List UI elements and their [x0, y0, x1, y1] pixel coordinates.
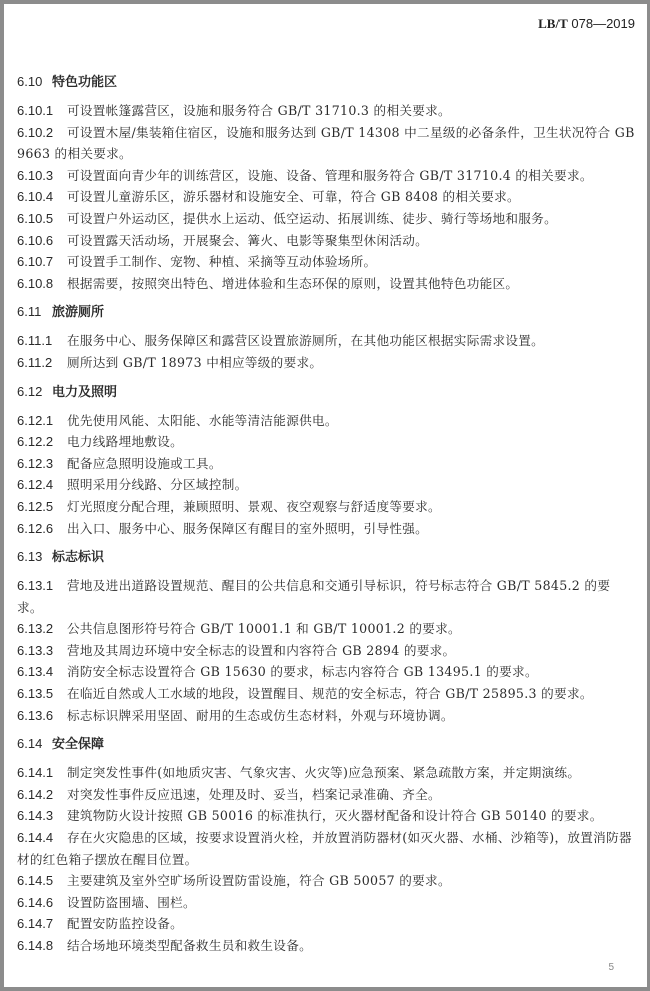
clause-text: 消防安全标志设置符合 GB 15630 的要求，标志内容符合 GB 13495.… [67, 664, 538, 679]
section-heading: 6.10特色功能区 [17, 71, 635, 94]
document-body: 6.10特色功能区 6.10.1可设置帐篷露营区，设施和服务符合 GB/T 31… [17, 65, 635, 957]
clause: 6.10.4可设置儿童游乐区，游乐器材和设施安全、可靠，符合 GB 8408 的… [17, 186, 635, 208]
section-title: 电力及照明 [52, 385, 117, 400]
clause: 6.14.2对突发性事件反应迅速，处理及时、妥当，档案记录准确、齐全。 [17, 784, 635, 806]
section-heading: 6.12电力及照明 [17, 381, 635, 404]
clause-number: 6.14.6 [17, 892, 67, 914]
clause-text: 可设置面向青少年的训练营区，设施、设备、管理和服务符合 GB/T 31710.4… [67, 168, 593, 183]
clause-number: 6.12.5 [17, 496, 67, 518]
clause-number: 6.14.8 [17, 935, 67, 957]
clause-number: 6.10.6 [17, 230, 67, 252]
section-number: 6.14 [17, 733, 52, 755]
clause-text: 照明采用分线路、分区域控制。 [67, 477, 248, 492]
section-heading: 6.14安全保障 [17, 733, 635, 756]
clause-number: 6.12.6 [17, 518, 67, 540]
clause-number: 6.12.2 [17, 431, 67, 453]
clause: 6.10.7可设置手工制作、宠物、种植、采摘等互动体验场所。 [17, 251, 635, 273]
clause: 6.14.4存在火灾隐患的区域，按要求设置消火栓，并放置消防器材(如灭火器、水桶… [17, 827, 635, 870]
clause-text: 营地及其周边环境中安全标志的设置和内容符合 GB 2894 的要求。 [67, 643, 455, 658]
clause-text: 根据需要，按照突出特色、增进体验和生态环保的原则，设置其他特色功能区。 [67, 276, 518, 291]
clause-number: 6.10.8 [17, 273, 67, 295]
standard-code-prefix: LB/T [538, 16, 568, 31]
clause-number: 6.14.7 [17, 913, 67, 935]
section-6-12: 6.12电力及照明 6.12.1优先使用风能、太阳能、水能等清洁能源供电。 6.… [17, 381, 635, 540]
clause-text: 制定突发性事件(如地质灾害、气象灾害、火灾等)应急预案、紧急疏散方案，并定期演练… [67, 765, 580, 780]
section-heading: 6.13标志标识 [17, 546, 635, 569]
clause-text: 配置安防监控设备。 [67, 916, 183, 931]
clause-text: 可设置帐篷露营区，设施和服务符合 GB/T 31710.3 的相关要求。 [67, 103, 451, 118]
clause-text: 出入口、服务中心、服务保障区有醒目的室外照明，引导性强。 [67, 521, 428, 536]
clause-text: 可设置木屋/集装箱住宿区，设施和服务达到 GB/T 14308 中二星级的必备条… [17, 125, 635, 162]
section-title: 特色功能区 [52, 75, 117, 90]
clause: 6.10.1可设置帐篷露营区，设施和服务符合 GB/T 31710.3 的相关要… [17, 100, 635, 122]
clause: 6.14.7配置安防监控设备。 [17, 913, 635, 935]
clause-text: 结合场地环境类型配备救生员和救生设备。 [67, 938, 312, 953]
clause-number: 6.10.7 [17, 251, 67, 273]
clause: 6.13.5在临近自然或人工水域的地段，设置醒目、规范的安全标志，符合 GB/T… [17, 683, 635, 705]
section-heading: 6.11旅游厕所 [17, 301, 635, 324]
clause-text: 建筑物防火设计按照 GB 50016 的标准执行，灭火器材配备和设计符合 GB … [67, 808, 603, 823]
clause: 6.10.5可设置户外运动区，提供水上运动、低空运动、拓展训练、徒步、骑行等场地… [17, 208, 635, 230]
clause-text: 电力线路埋地敷设。 [67, 434, 183, 449]
section-number: 6.12 [17, 381, 52, 403]
clause-text: 可设置儿童游乐区，游乐器材和设施安全、可靠，符合 GB 8408 的相关要求。 [67, 189, 520, 204]
section-number: 6.13 [17, 546, 52, 568]
clause-number: 6.11.2 [17, 352, 67, 374]
clause: 6.14.1制定突发性事件(如地质灾害、气象灾害、火灾等)应急预案、紧急疏散方案… [17, 762, 635, 784]
clause-text: 在服务中心、服务保障区和露营区设置旅游厕所，在其他功能区根据实际需求设置。 [67, 333, 544, 348]
clause-number: 6.14.2 [17, 784, 67, 806]
clause-text: 厕所达到 GB/T 18973 中相应等级的要求。 [67, 355, 322, 370]
section-6-14: 6.14安全保障 6.14.1制定突发性事件(如地质灾害、气象灾害、火灾等)应急… [17, 733, 635, 956]
clause-number: 6.14.5 [17, 870, 67, 892]
clause-number: 6.14.3 [17, 805, 67, 827]
clause-text: 在临近自然或人工水域的地段，设置醒目、规范的安全标志，符合 GB/T 25895… [67, 686, 593, 701]
clause-text: 可设置露天活动场，开展聚会、篝火、电影等聚集型休闲活动。 [67, 233, 428, 248]
clause-number: 6.14.1 [17, 762, 67, 784]
clause: 6.13.2公共信息图形符号符合 GB/T 10001.1 和 GB/T 100… [17, 618, 635, 640]
page-number: 5 [608, 962, 614, 973]
clause-text: 设置防盗围墙、围栏。 [67, 895, 196, 910]
clause-text: 存在火灾隐患的区域，按要求设置消火栓，并放置消防器材(如灭火器、水桶、沙箱等)，… [17, 830, 632, 867]
clause-number: 6.13.3 [17, 640, 67, 662]
clause-text: 可设置手工制作、宠物、种植、采摘等互动体验场所。 [67, 254, 376, 269]
clause-number: 6.13.6 [17, 705, 67, 727]
clause-text: 配备应急照明设施或工具。 [67, 456, 222, 471]
clause-text: 优先使用风能、太阳能、水能等清洁能源供电。 [67, 413, 338, 428]
clause-number: 6.10.5 [17, 208, 67, 230]
clause: 6.10.6可设置露天活动场，开展聚会、篝火、电影等聚集型休闲活动。 [17, 230, 635, 252]
clause: 6.14.6设置防盗围墙、围栏。 [17, 892, 635, 914]
clause: 6.12.5灯光照度分配合理，兼顾照明、景观、夜空观察与舒适度等要求。 [17, 496, 635, 518]
clause: 6.12.3配备应急照明设施或工具。 [17, 453, 635, 475]
clause-number: 6.10.2 [17, 122, 67, 144]
document-page: LB/T 078—2019 6.10特色功能区 6.10.1可设置帐篷露营区，设… [4, 4, 647, 987]
clause-text: 公共信息图形符号符合 GB/T 10001.1 和 GB/T 10001.2 的… [67, 621, 461, 636]
clause-text: 对突发性事件反应迅速，处理及时、妥当，档案记录准确、齐全。 [67, 787, 441, 802]
clause: 6.12.4照明采用分线路、分区域控制。 [17, 474, 635, 496]
clause: 6.12.6出入口、服务中心、服务保障区有醒目的室外照明，引导性强。 [17, 518, 635, 540]
section-6-13: 6.13标志标识 6.13.1营地及进出道路设置规范、醒目的公共信息和交通引导标… [17, 546, 635, 726]
standard-code-number: 078—2019 [568, 16, 635, 31]
clause: 6.13.3营地及其周边环境中安全标志的设置和内容符合 GB 2894 的要求。 [17, 640, 635, 662]
clause: 6.14.3建筑物防火设计按照 GB 50016 的标准执行，灭火器材配备和设计… [17, 805, 635, 827]
clause: 6.10.3可设置面向青少年的训练营区，设施、设备、管理和服务符合 GB/T 3… [17, 165, 635, 187]
clause-number: 6.13.5 [17, 683, 67, 705]
clause-number: 6.10.1 [17, 100, 67, 122]
clause-number: 6.10.3 [17, 165, 67, 187]
clause-number: 6.13.2 [17, 618, 67, 640]
clause: 6.10.2可设置木屋/集装箱住宿区，设施和服务达到 GB/T 14308 中二… [17, 122, 635, 165]
clause: 6.14.8结合场地环境类型配备救生员和救生设备。 [17, 935, 635, 957]
clause-number: 6.12.1 [17, 410, 67, 432]
section-number: 6.11 [17, 301, 52, 323]
section-title: 旅游厕所 [52, 305, 104, 320]
clause: 6.13.4消防安全标志设置符合 GB 15630 的要求，标志内容符合 GB … [17, 661, 635, 683]
clause-number: 6.12.4 [17, 474, 67, 496]
clause: 6.13.1营地及进出道路设置规范、醒目的公共信息和交通引导标识，符号标志符合 … [17, 575, 635, 618]
section-6-11: 6.11旅游厕所 6.11.1在服务中心、服务保障区和露营区设置旅游厕所，在其他… [17, 301, 635, 373]
clause-text: 主要建筑及室外空旷场所设置防雷设施，符合 GB 50057 的要求。 [67, 873, 451, 888]
clause-text: 营地及进出道路设置规范、醒目的公共信息和交通引导标识，符号标志符合 GB/T 5… [17, 578, 610, 615]
clause-number: 6.10.4 [17, 186, 67, 208]
section-title: 安全保障 [52, 737, 104, 752]
section-6-10: 6.10特色功能区 6.10.1可设置帐篷露营区，设施和服务符合 GB/T 31… [17, 71, 635, 294]
section-number: 6.10 [17, 71, 52, 93]
clause: 6.12.2电力线路埋地敷设。 [17, 431, 635, 453]
clause-number: 6.13.4 [17, 661, 67, 683]
clause: 6.11.1在服务中心、服务保障区和露营区设置旅游厕所，在其他功能区根据实际需求… [17, 330, 635, 352]
section-title: 标志标识 [52, 550, 104, 565]
clause: 6.14.5主要建筑及室外空旷场所设置防雷设施，符合 GB 50057 的要求。 [17, 870, 635, 892]
clause-number: 6.11.1 [17, 330, 67, 352]
clause: 6.13.6标志标识牌采用坚固、耐用的生态或仿生态材料，外观与环境协调。 [17, 705, 635, 727]
clause: 6.11.2厕所达到 GB/T 18973 中相应等级的要求。 [17, 352, 635, 374]
clause-text: 灯光照度分配合理，兼顾照明、景观、夜空观察与舒适度等要求。 [67, 499, 441, 514]
clause: 6.10.8根据需要，按照突出特色、增进体验和生态环保的原则，设置其他特色功能区… [17, 273, 635, 295]
clause-number: 6.12.3 [17, 453, 67, 475]
clause-text: 可设置户外运动区，提供水上运动、低空运动、拓展训练、徒步、骑行等场地和服务。 [67, 211, 557, 226]
clause: 6.12.1优先使用风能、太阳能、水能等清洁能源供电。 [17, 410, 635, 432]
standard-code: LB/T 078—2019 [538, 16, 635, 32]
clause-number: 6.13.1 [17, 575, 67, 597]
clause-number: 6.14.4 [17, 827, 67, 849]
clause-text: 标志标识牌采用坚固、耐用的生态或仿生态材料，外观与环境协调。 [67, 708, 454, 723]
